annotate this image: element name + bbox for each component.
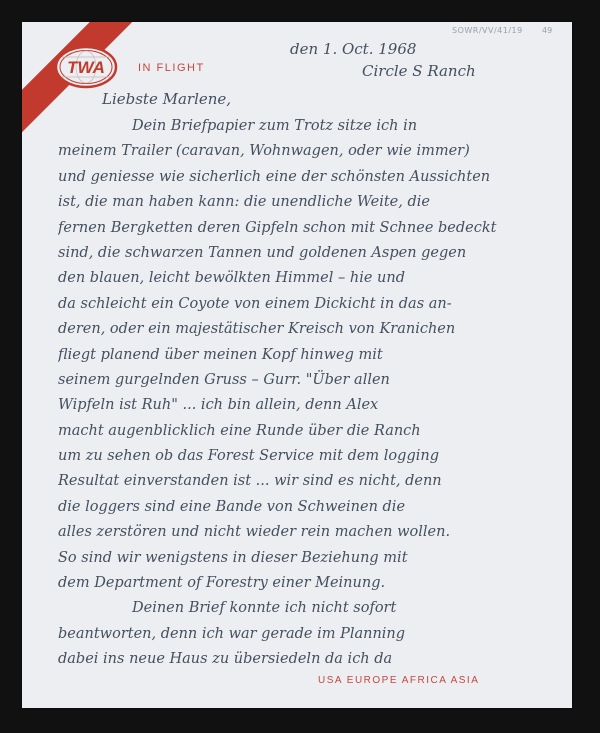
logo-text: TWA	[67, 58, 105, 77]
letter-line: deren, oder ein majestätischer Kreisch v…	[58, 317, 570, 342]
archive-reference: SOWR/VV/41/19	[452, 26, 523, 35]
letter-line: dabei ins neue Haus zu übersiedeln da ic…	[58, 647, 570, 672]
letter-line: alles zerstören und nicht wieder rein ma…	[58, 520, 570, 545]
letter-line: So sind wir wenigstens in dieser Beziehu…	[58, 546, 570, 571]
letter-line: die loggers sind eine Bande von Schweine…	[58, 495, 570, 520]
letter-body: Dein Briefpapier zum Trotz sitze ich inm…	[58, 114, 570, 673]
letter-line: Resultat einverstanden ist ... wir sind …	[58, 469, 570, 494]
letter-line: den blauen, leicht bewölkten Himmel – hi…	[58, 266, 570, 291]
letter-line: fernen Bergketten deren Gipfeln schon mi…	[58, 216, 570, 241]
letterhead-tagline: IN FLIGHT	[138, 62, 205, 74]
letter-page: TWA IN FLIGHT SOWR/VV/41/19 49 den 1. Oc…	[22, 22, 572, 708]
folio-number: 49	[542, 26, 552, 35]
letter-line: meinem Trailer (caravan, Wohnwagen, oder…	[58, 139, 570, 164]
letter-line: Deinen Brief konnte ich nicht sofort	[58, 596, 570, 621]
letter-line: seinem gurgelnden Gruss – Gurr. "Über al…	[58, 368, 570, 393]
letter-salutation: Liebste Marlene,	[102, 90, 231, 108]
letter-date: den 1. Oct. 1968	[290, 40, 416, 58]
letter-place: Circle S Ranch	[362, 62, 476, 80]
letter-line: dem Department of Forestry einer Meinung…	[58, 571, 570, 596]
letter-line: da schleicht ein Coyote von einem Dickic…	[58, 292, 570, 317]
letter-line: ist, die man haben kann: die unendliche …	[58, 190, 570, 215]
letter-line: um zu sehen ob das Forest Service mit de…	[58, 444, 570, 469]
letter-line: fliegt planend über meinen Kopf hinweg m…	[58, 343, 570, 368]
twa-globe-logo-icon: TWA	[54, 45, 118, 89]
letter-line: und geniesse wie sicherlich eine der sch…	[58, 165, 570, 190]
letter-line: Wipfeln ist Ruh" ... ich bin allein, den…	[58, 393, 570, 418]
letter-line: beantworten, denn ich war gerade im Plan…	[58, 622, 570, 647]
letterhead-footer: USA EUROPE AFRICA ASIA	[318, 675, 479, 686]
letter-line: macht augenblicklich eine Runde über die…	[58, 419, 570, 444]
letter-line: sind, die schwarzen Tannen und goldenen …	[58, 241, 570, 266]
letter-line: Dein Briefpapier zum Trotz sitze ich in	[58, 114, 570, 139]
